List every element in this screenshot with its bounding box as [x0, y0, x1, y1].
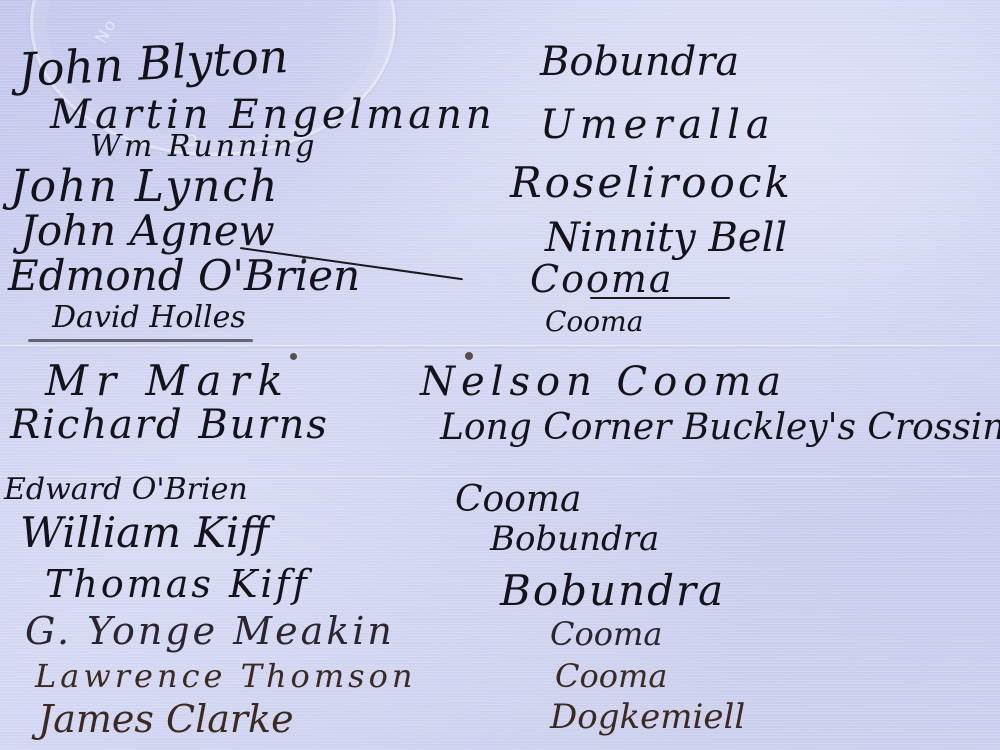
signature-name: Wm Running — [90, 132, 318, 162]
place-name: Cooma — [530, 260, 674, 298]
place-name: Long Corner Buckley's Crossing — [440, 410, 1000, 446]
ink-spot — [465, 352, 473, 360]
place-name: Cooma — [455, 482, 582, 518]
signature-name: John Lynch — [10, 165, 279, 209]
place-name: Cooma — [555, 660, 667, 692]
place-name: Nelson Cooma — [420, 362, 787, 402]
place-name: Roseliroock — [510, 162, 793, 204]
signature-name: Lawrence Thomson — [35, 660, 416, 692]
signature-name: Thomas Kiff — [45, 565, 310, 603]
signature-name: Richard Burns — [10, 405, 329, 445]
ink-spot — [290, 353, 297, 360]
signature-name: David Holles — [52, 303, 246, 333]
place-name: Cooma — [545, 308, 643, 336]
signature-name: Edmond O'Brien — [8, 255, 360, 297]
signature-name: Edward O'Brien — [4, 475, 248, 505]
signature-flourish — [28, 339, 253, 342]
signature-name: John Blyton — [17, 33, 289, 93]
place-name: Ninnity Bell — [545, 218, 787, 258]
signature-name: G. Yonge Meakin — [25, 612, 395, 650]
signature-name: John Agnew — [20, 210, 275, 252]
place-flourish — [590, 297, 730, 299]
signature-name: William Kiff — [20, 512, 269, 554]
place-name: Bobundra — [490, 522, 659, 556]
paper-fold-line — [0, 345, 1000, 348]
place-name: Cooma — [550, 618, 662, 650]
place-name: Umeralla — [540, 105, 776, 145]
place-name: Bobundra — [500, 570, 725, 612]
place-name: Bobundra — [540, 42, 739, 82]
place-name: Dogkemiell — [550, 700, 745, 734]
signature-name: James Clarke — [38, 700, 294, 738]
ink-spot — [302, 258, 306, 262]
signature-name: Mr Mark — [45, 360, 291, 402]
